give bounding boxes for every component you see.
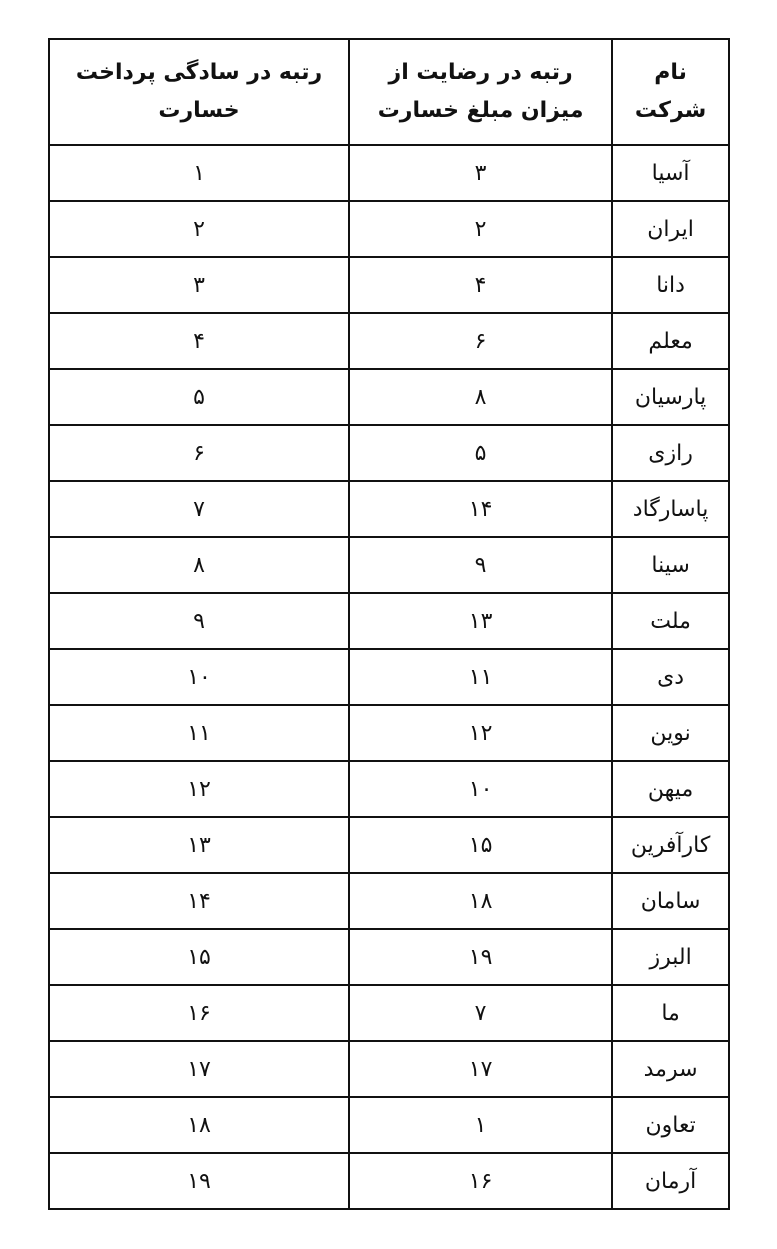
ease-rank-cell: ۱ xyxy=(49,145,349,201)
satisfaction-rank-cell: ۱۸ xyxy=(349,873,612,929)
satisfaction-rank-cell: ۴ xyxy=(349,257,612,313)
ease-rank-cell: ۱۶ xyxy=(49,985,349,1041)
table-row: دی۱۱۱۰ xyxy=(49,649,729,705)
company-name-cell: میهن xyxy=(612,761,729,817)
satisfaction-rank-cell: ۱۷ xyxy=(349,1041,612,1097)
table-row: تعاون۱۱۸ xyxy=(49,1097,729,1153)
satisfaction-rank-cell: ۱۰ xyxy=(349,761,612,817)
company-name-cell: دی xyxy=(612,649,729,705)
satisfaction-rank-cell: ۱۳ xyxy=(349,593,612,649)
ease-rank-cell: ۳ xyxy=(49,257,349,313)
company-name-cell: سامان xyxy=(612,873,729,929)
company-name-cell: ملت xyxy=(612,593,729,649)
header-ease-rank: رتبه در سادگی پرداخت خسارت xyxy=(49,39,349,145)
company-name-cell: دانا xyxy=(612,257,729,313)
satisfaction-rank-cell: ۵ xyxy=(349,425,612,481)
satisfaction-rank-cell: ۸ xyxy=(349,369,612,425)
company-name-cell: سینا xyxy=(612,537,729,593)
satisfaction-rank-cell: ۷ xyxy=(349,985,612,1041)
header-company-name: نام شرکت xyxy=(612,39,729,145)
table-row: نوین۱۲۱۱ xyxy=(49,705,729,761)
company-name-cell: آرمان xyxy=(612,1153,729,1209)
ease-rank-cell: ۱۳ xyxy=(49,817,349,873)
satisfaction-rank-cell: ۹ xyxy=(349,537,612,593)
table-row: سامان۱۸۱۴ xyxy=(49,873,729,929)
header-satisfaction-line2: میزان مبلغ خسارت xyxy=(350,92,611,130)
satisfaction-rank-cell: ۱۵ xyxy=(349,817,612,873)
ease-rank-cell: ۴ xyxy=(49,313,349,369)
table-row: آسیا۳۱ xyxy=(49,145,729,201)
header-company-name-line2: شرکت xyxy=(613,92,728,130)
satisfaction-rank-cell: ۱۴ xyxy=(349,481,612,537)
satisfaction-rank-cell: ۱۲ xyxy=(349,705,612,761)
table-row: رازی۵۶ xyxy=(49,425,729,481)
satisfaction-rank-cell: ۱۱ xyxy=(349,649,612,705)
satisfaction-rank-cell: ۱۹ xyxy=(349,929,612,985)
satisfaction-rank-cell: ۱ xyxy=(349,1097,612,1153)
ease-rank-cell: ۷ xyxy=(49,481,349,537)
table-header-row: نام شرکت رتبه در رضایت از میزان مبلغ خسا… xyxy=(49,39,729,145)
ease-rank-cell: ۱۵ xyxy=(49,929,349,985)
company-name-cell: ما xyxy=(612,985,729,1041)
ease-rank-cell: ۲ xyxy=(49,201,349,257)
satisfaction-rank-cell: ۶ xyxy=(349,313,612,369)
company-name-cell: معلم xyxy=(612,313,729,369)
satisfaction-rank-cell: ۲ xyxy=(349,201,612,257)
satisfaction-rank-cell: ۳ xyxy=(349,145,612,201)
ease-rank-cell: ۱۲ xyxy=(49,761,349,817)
company-name-cell: پارسیان xyxy=(612,369,729,425)
ease-rank-cell: ۱۴ xyxy=(49,873,349,929)
header-ease-line1: رتبه در سادگی پرداخت xyxy=(50,54,348,92)
header-ease-line2: خسارت xyxy=(50,92,348,130)
table-row: البرز۱۹۱۵ xyxy=(49,929,729,985)
ease-rank-cell: ۱۰ xyxy=(49,649,349,705)
table-row: ما۷۱۶ xyxy=(49,985,729,1041)
table-row: معلم۶۴ xyxy=(49,313,729,369)
company-name-cell: نوین xyxy=(612,705,729,761)
ease-rank-cell: ۸ xyxy=(49,537,349,593)
table-row: ایران۲۲ xyxy=(49,201,729,257)
ease-rank-cell: ۱۹ xyxy=(49,1153,349,1209)
company-name-cell: البرز xyxy=(612,929,729,985)
satisfaction-rank-cell: ۱۶ xyxy=(349,1153,612,1209)
header-company-name-line1: نام xyxy=(613,54,728,92)
ease-rank-cell: ۵ xyxy=(49,369,349,425)
ease-rank-cell: ۱۸ xyxy=(49,1097,349,1153)
table-row: کارآفرین۱۵۱۳ xyxy=(49,817,729,873)
table-row: سینا۹۸ xyxy=(49,537,729,593)
table-row: دانا۴۳ xyxy=(49,257,729,313)
ease-rank-cell: ۹ xyxy=(49,593,349,649)
company-name-cell: آسیا xyxy=(612,145,729,201)
table-body: آسیا۳۱ایران۲۲دانا۴۳معلم۶۴پارسیان۸۵رازی۵۶… xyxy=(49,145,729,1209)
table-row: سرمد۱۷۱۷ xyxy=(49,1041,729,1097)
table-row: پارسیان۸۵ xyxy=(49,369,729,425)
ease-rank-cell: ۱۱ xyxy=(49,705,349,761)
header-satisfaction-line1: رتبه در رضایت از xyxy=(350,54,611,92)
company-name-cell: تعاون xyxy=(612,1097,729,1153)
company-name-cell: سرمد xyxy=(612,1041,729,1097)
header-satisfaction-rank: رتبه در رضایت از میزان مبلغ خسارت xyxy=(349,39,612,145)
insurance-ranking-table: نام شرکت رتبه در رضایت از میزان مبلغ خسا… xyxy=(48,38,730,1210)
company-name-cell: ایران xyxy=(612,201,729,257)
company-name-cell: کارآفرین xyxy=(612,817,729,873)
table-row: ملت۱۳۹ xyxy=(49,593,729,649)
ease-rank-cell: ۱۷ xyxy=(49,1041,349,1097)
document-page: نام شرکت رتبه در رضایت از میزان مبلغ خسا… xyxy=(0,0,777,1249)
table-row: میهن۱۰۱۲ xyxy=(49,761,729,817)
table-row: آرمان۱۶۱۹ xyxy=(49,1153,729,1209)
company-name-cell: پاسارگاد xyxy=(612,481,729,537)
ease-rank-cell: ۶ xyxy=(49,425,349,481)
company-name-cell: رازی xyxy=(612,425,729,481)
table-row: پاسارگاد۱۴۷ xyxy=(49,481,729,537)
